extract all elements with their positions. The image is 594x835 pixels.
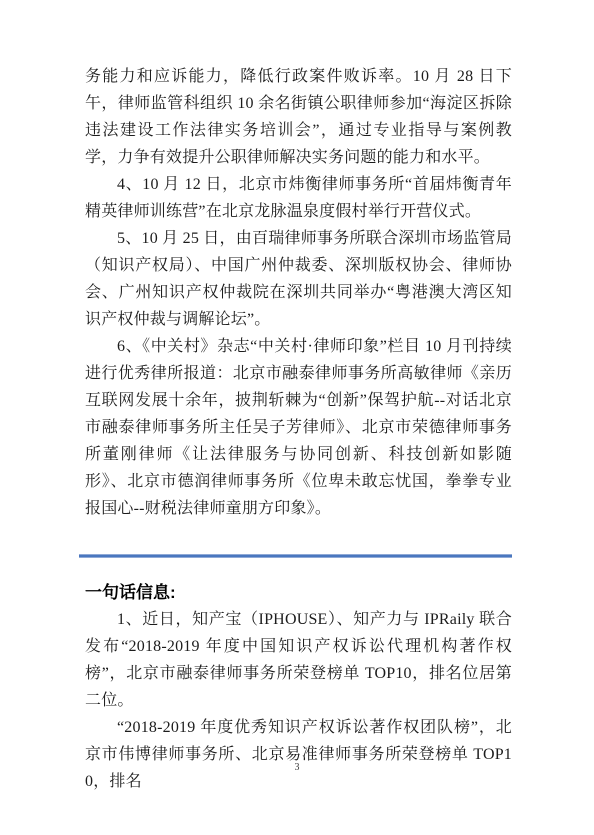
section-divider-rule [79, 554, 512, 558]
paragraph-brief-item-1: 1、近日，知产宝（IPHOUSE）、知产力与 IPRaily 联合发布“2018… [85, 606, 512, 714]
paragraph-news-item-4: 4、10 月 12 日，北京市炜衡律师事务所“首届炜衡青年精英律师训练营”在北京… [85, 171, 512, 225]
paragraph-public-lawyer-training: 务能力和应诉能力，降低行政案件败诉率。10 月 28 日下午，律师监管科组织 1… [85, 63, 512, 171]
paragraph-news-item-6: 6、《中关村》杂志“中关村·律师印象”栏目 10 月刊持续进行优秀律所报道：北京… [85, 333, 512, 522]
page-number: 3 [0, 761, 594, 775]
paragraph-news-item-5: 5、10 月 25 日，由百瑞律师事务所联合深圳市场监管局（知识产权局）、中国广… [85, 225, 512, 333]
paragraph-brief-item-2: “2018-2019 年度优秀知识产权诉讼著作权团队榜”，北京市伟博律师事务所、… [85, 714, 512, 795]
brief-section-heading: 一句话信息: [85, 579, 512, 606]
page-body: 务能力和应诉能力，降低行政案件败诉率。10 月 28 日下午，律师监管科组织 1… [85, 63, 512, 795]
document-page: 务能力和应诉能力，降低行政案件败诉率。10 月 28 日下午，律师监管科组织 1… [0, 0, 594, 835]
